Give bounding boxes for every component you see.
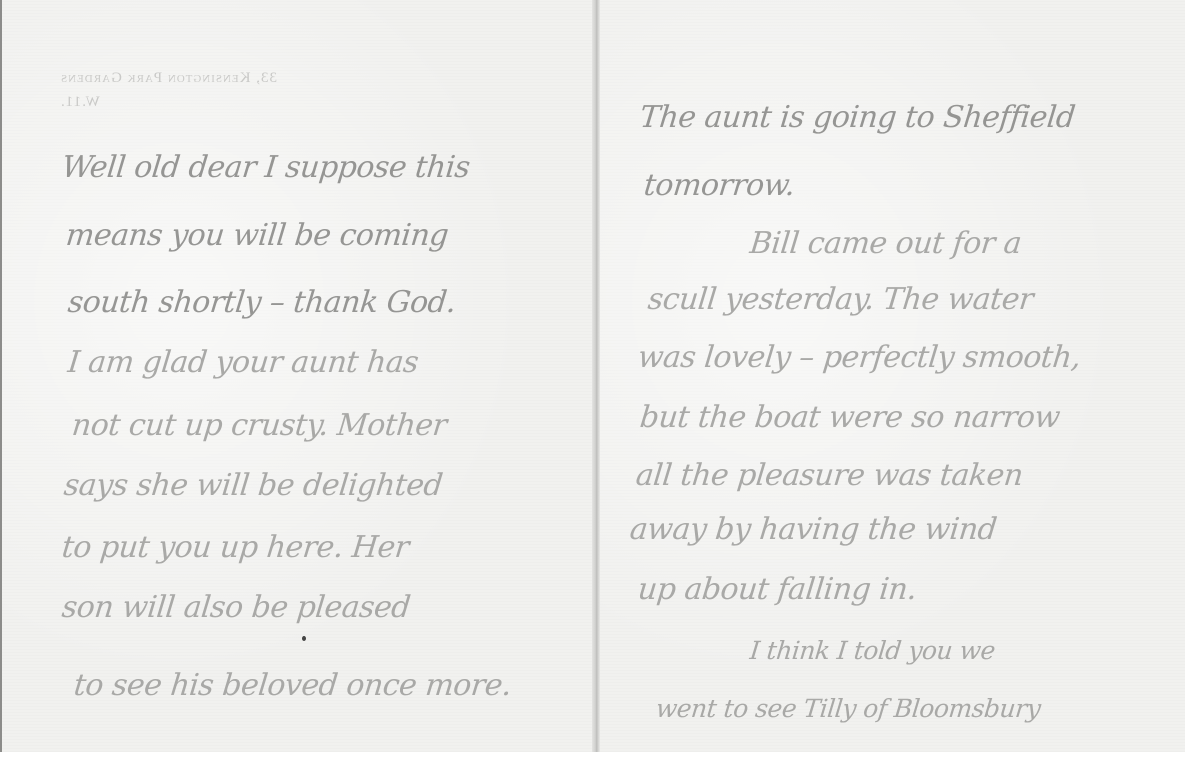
right-line-4: scull yesterday. The water bbox=[646, 282, 1035, 317]
right-line-3: Bill came out for a bbox=[748, 226, 1023, 261]
right-line-9: up about falling in. bbox=[636, 572, 918, 607]
left-line-9: to see his beloved once more. bbox=[72, 668, 513, 703]
right-line-10: I think I told you we bbox=[748, 636, 996, 665]
left-line-6: says she will be delighted bbox=[62, 468, 444, 503]
letterhead-postcode: W.11. bbox=[60, 90, 340, 114]
right-line-2: tomorrow. bbox=[642, 168, 796, 203]
left-line-1: Well old dear I suppose this bbox=[60, 150, 471, 185]
left-line-2: means you will be coming bbox=[64, 218, 450, 253]
right-line-1: The aunt is going to Sheffield bbox=[638, 100, 1077, 135]
right-line-11: went to see Tilly of Bloomsbury bbox=[654, 694, 1041, 723]
right-line-5: was lovely – perfectly smooth, bbox=[636, 340, 1082, 375]
right-page: The aunt is going to Sheffield tomorrow.… bbox=[600, 0, 1185, 752]
page-fold bbox=[592, 0, 600, 752]
letterhead-embossed: 33, Kensington Park Gardens W.11. bbox=[60, 66, 340, 114]
left-line-8: son will also be pleased bbox=[60, 590, 412, 625]
right-line-7: all the pleasure was taken bbox=[634, 458, 1024, 493]
left-line-4: I am glad your aunt has bbox=[66, 345, 420, 380]
left-line-7: to put you up here. Her bbox=[60, 530, 410, 565]
right-line-6: but the boat were so narrow bbox=[638, 400, 1061, 435]
left-page: 33, Kensington Park Gardens W.11. Well o… bbox=[0, 0, 592, 752]
letter-scan: 33, Kensington Park Gardens W.11. Well o… bbox=[0, 0, 1185, 752]
ink-speck bbox=[302, 636, 306, 641]
letterhead-address: 33, Kensington Park Gardens bbox=[60, 66, 340, 90]
right-line-8: away by having the wind bbox=[628, 512, 998, 547]
left-line-5: not cut up crusty. Mother bbox=[70, 408, 448, 443]
left-line-3: south shortly – thank God. bbox=[66, 285, 457, 320]
